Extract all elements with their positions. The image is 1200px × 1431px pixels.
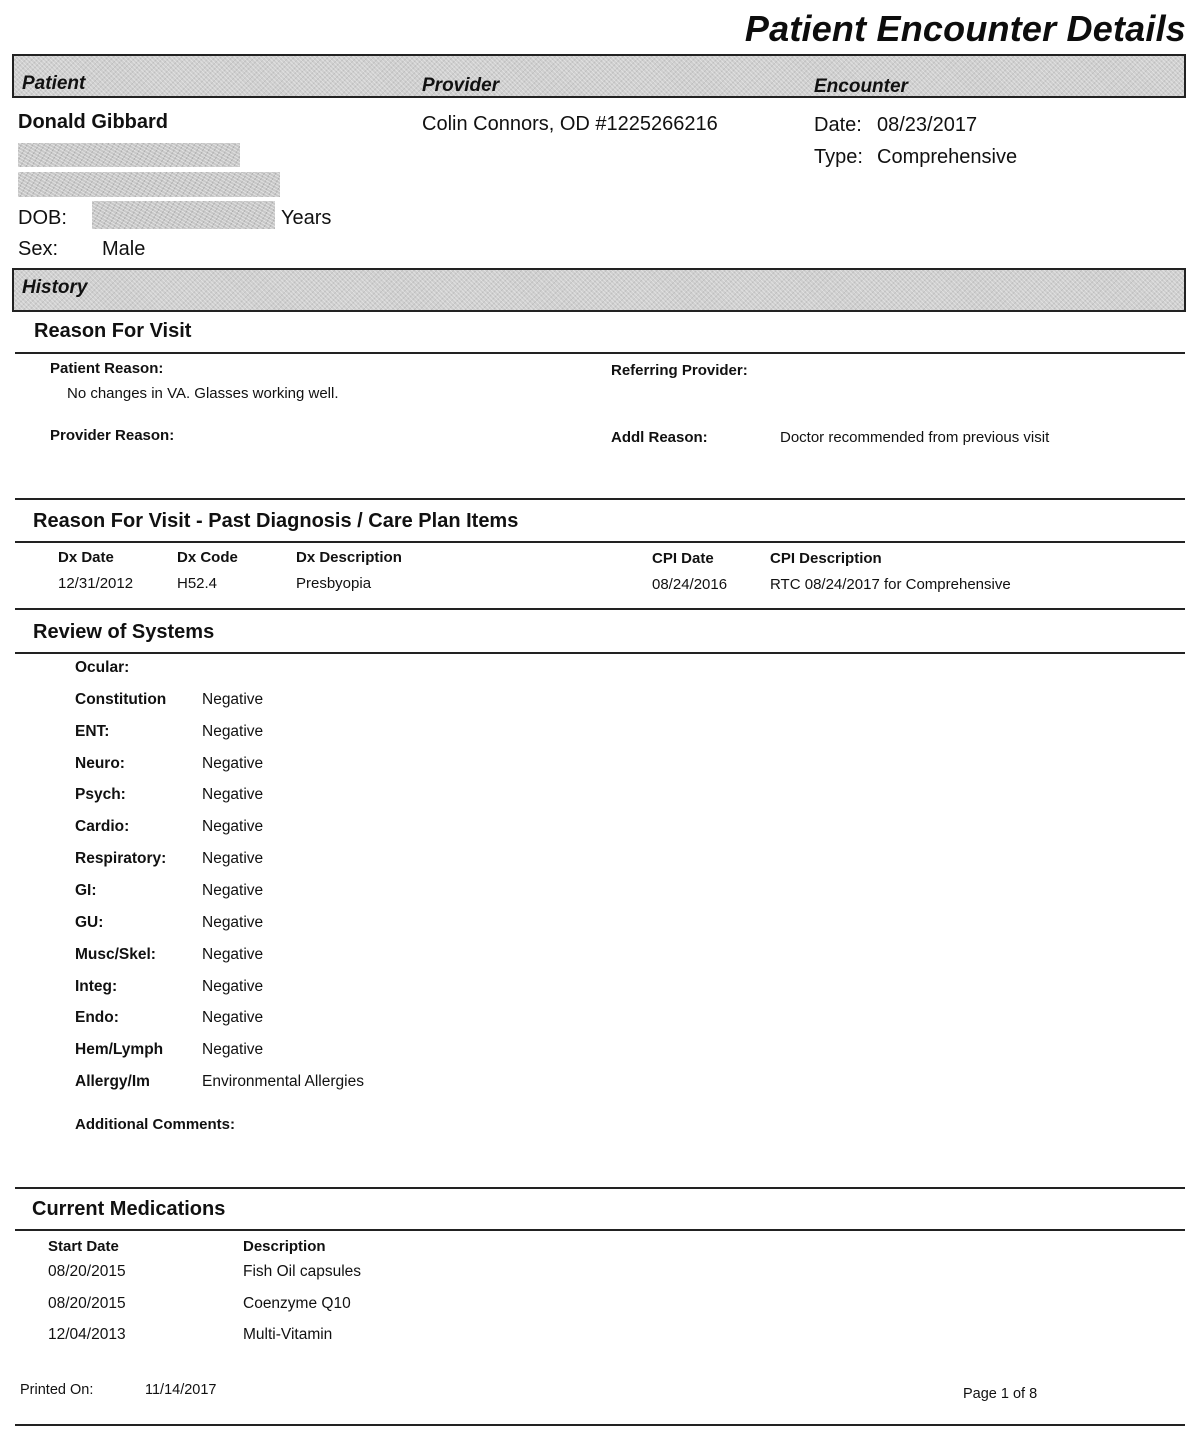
patient-column-label: Patient <box>22 73 85 95</box>
history-band: History <box>12 268 1186 312</box>
ros-item-value: Negative <box>202 914 263 932</box>
ros-item-label: Respiratory: <box>75 850 166 868</box>
printed-on-value: 11/14/2017 <box>145 1382 217 1398</box>
ros-item-label: ENT: <box>75 723 109 741</box>
medication-description: Multi-Vitamin <box>243 1326 332 1344</box>
cpi-date: 08/24/2016 <box>652 576 727 593</box>
ros-item-label: GI: <box>75 882 97 900</box>
encounter-date-value: 08/23/2017 <box>877 114 977 137</box>
column-header-start-date: Start Date <box>48 1238 119 1255</box>
table-row: 12/04/2013Multi-Vitamin <box>48 1326 548 1350</box>
ros-item: ENT:Negative <box>75 723 475 747</box>
ros-item-label: Integ: <box>75 978 117 996</box>
provider-reason-label: Provider Reason: <box>50 427 174 444</box>
table-row: 08/20/2015Fish Oil capsules <box>48 1263 548 1287</box>
medication-description: Fish Oil capsules <box>243 1263 361 1281</box>
ros-item-value: Negative <box>202 723 263 741</box>
ros-item-label: GU: <box>75 914 103 932</box>
ros-item-value: Negative <box>202 1009 263 1027</box>
section-divider <box>15 498 1185 500</box>
redacted-address-line2 <box>18 172 280 197</box>
section-divider <box>15 1187 1185 1189</box>
current-medications-title: Current Medications <box>32 1198 225 1221</box>
dx-date: 12/31/2012 <box>58 575 133 592</box>
ros-item: Endo:Negative <box>75 1009 475 1033</box>
encounter-type-label: Type: <box>814 146 863 169</box>
sex-label: Sex: <box>18 238 58 261</box>
column-header-cpi-date: CPI Date <box>652 550 714 567</box>
ros-item: GI:Negative <box>75 882 475 906</box>
ros-item: ConstitutionNegative <box>75 691 475 715</box>
ros-item-label: Musc/Skel: <box>75 946 156 964</box>
ros-item-value: Negative <box>202 818 263 836</box>
page-indicator: Page 1 of 8 <box>963 1386 1037 1402</box>
section-divider <box>15 541 1185 543</box>
redacted-dob <box>92 201 275 229</box>
ros-item: GU:Negative <box>75 914 475 938</box>
review-of-systems-title: Review of Systems <box>33 621 214 644</box>
patient-reason-label: Patient Reason: <box>50 360 163 377</box>
ros-item-label: Endo: <box>75 1009 119 1027</box>
patient-reason-value: No changes in VA. Glasses working well. <box>67 385 339 402</box>
section-divider <box>15 608 1185 610</box>
ros-item-value: Negative <box>202 882 263 900</box>
ros-item-label: Neuro: <box>75 755 125 773</box>
footer-divider <box>15 1424 1185 1426</box>
redacted-address-line1 <box>18 143 240 167</box>
cpi-description: RTC 08/24/2017 for Comprehensive <box>770 576 1011 593</box>
medication-start-date: 08/20/2015 <box>48 1295 126 1313</box>
addl-reason-label: Addl Reason: <box>611 429 708 446</box>
ros-item: Hem/LymphNegative <box>75 1041 475 1065</box>
ros-item: Allergy/ImEnvironmental Allergies <box>75 1073 475 1097</box>
section-divider <box>15 652 1185 654</box>
past-diagnosis-title: Reason For Visit - Past Diagnosis / Care… <box>33 510 518 533</box>
ros-item-label: Psych: <box>75 786 126 804</box>
document-title: Patient Encounter Details <box>745 8 1186 50</box>
ros-item: Musc/Skel:Negative <box>75 946 475 970</box>
ros-item-label: Allergy/Im <box>75 1073 150 1091</box>
printed-on-label: Printed On: <box>20 1382 93 1398</box>
ros-item: Respiratory:Negative <box>75 850 475 874</box>
provider-name: Colin Connors, OD #1225266216 <box>422 113 718 136</box>
encounter-date-label: Date: <box>814 114 862 137</box>
ros-item: Neuro:Negative <box>75 755 475 779</box>
dob-label: DOB: <box>18 207 67 230</box>
patient-name: Donald Gibbard <box>18 111 168 134</box>
ros-item: Psych:Negative <box>75 786 475 810</box>
medication-start-date: 08/20/2015 <box>48 1263 126 1281</box>
ros-item-value: Negative <box>202 978 263 996</box>
dx-description: Presbyopia <box>296 575 371 592</box>
ros-item-label: Ocular: <box>75 659 129 677</box>
ros-item-value: Environmental Allergies <box>202 1073 364 1091</box>
reason-for-visit-title: Reason For Visit <box>34 320 191 343</box>
sex-value: Male <box>102 238 145 261</box>
provider-column-label: Provider <box>422 75 499 97</box>
ros-item-value: Negative <box>202 755 263 773</box>
encounter-type-value: Comprehensive <box>877 146 1017 169</box>
header-band: Patient Provider Encounter <box>12 54 1186 98</box>
referring-provider-label: Referring Provider: <box>611 362 748 379</box>
medication-description: Coenzyme Q10 <box>243 1295 351 1313</box>
ros-item-value: Negative <box>202 691 263 709</box>
ros-item: Ocular: <box>75 659 475 683</box>
section-divider <box>15 352 1185 354</box>
addl-reason-value: Doctor recommended from previous visit <box>780 429 1049 446</box>
dx-code: H52.4 <box>177 575 217 592</box>
encounter-column-label: Encounter <box>814 76 908 98</box>
ros-item-label: Hem/Lymph <box>75 1041 163 1059</box>
column-header-description: Description <box>243 1238 326 1255</box>
ros-item: Cardio:Negative <box>75 818 475 842</box>
table-row: 08/20/2015Coenzyme Q10 <box>48 1295 548 1319</box>
ros-item-label: Cardio: <box>75 818 129 836</box>
column-header-dx-description: Dx Description <box>296 549 402 566</box>
ros-item-value: Negative <box>202 1041 263 1059</box>
history-label: History <box>22 277 87 299</box>
column-header-dx-date: Dx Date <box>58 549 114 566</box>
medication-start-date: 12/04/2013 <box>48 1326 126 1344</box>
additional-comments-label: Additional Comments: <box>75 1116 235 1133</box>
column-header-cpi-description: CPI Description <box>770 550 882 567</box>
ros-item-label: Constitution <box>75 691 166 709</box>
column-header-dx-code: Dx Code <box>177 549 238 566</box>
ros-item-value: Negative <box>202 786 263 804</box>
ros-item: Integ:Negative <box>75 978 475 1002</box>
ros-item-value: Negative <box>202 946 263 964</box>
section-divider <box>15 1229 1185 1231</box>
age-unit: Years <box>281 207 331 230</box>
ros-item-value: Negative <box>202 850 263 868</box>
